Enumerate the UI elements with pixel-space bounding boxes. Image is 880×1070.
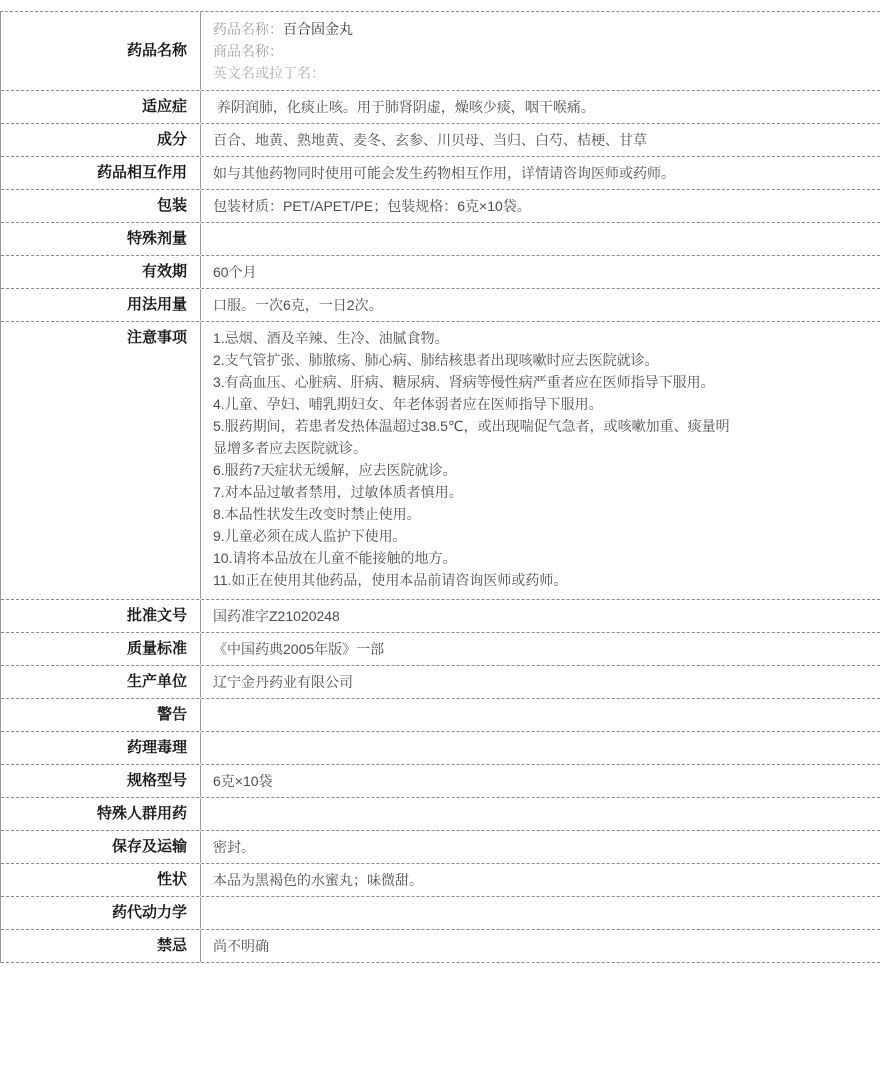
row-value-cell: 尚不明确 [201,930,880,962]
row-value-cell: 60个月 [201,256,880,288]
row-value-cell: 1.忌烟、酒及辛辣、生冷、油腻食物。 2.支气管扩张、肺脓疡、肺心病、肺结核患者… [201,322,880,599]
trade-name-prefix: 商品名称： [213,43,283,59]
row-label: 特殊剂量 [1,223,201,255]
row-label: 注意事项 [1,322,201,599]
table-row: 注意事项 1.忌烟、酒及辛辣、生冷、油腻食物。 2.支气管扩张、肺脓疡、肺心病、… [1,322,880,600]
row-value-cell: 《中国药典2005年版》一部 [201,633,880,665]
product-name-value: 百合固金丸 [283,21,353,37]
table-row: 禁忌 尚不明确 [1,930,880,963]
row-value: 尚不明确 [213,935,269,957]
table-row: 特殊人群用药 [1,798,880,831]
row-value-cell: 如与其他药物同时使用可能会发生药物相互作用，详情请咨询医师或药师。 [201,157,880,189]
row-label: 性状 [1,864,201,896]
row-value-cell: 百合、地黄、熟地黄、麦冬、玄参、川贝母、当归、白芍、桔梗、甘草 [201,124,880,156]
table-row: 保存及运输 密封。 [1,831,880,864]
row-value: 百合、地黄、熟地黄、麦冬、玄参、川贝母、当归、白芍、桔梗、甘草 [213,129,647,151]
table-row-drug-name: 药品名称 药品名称：百合固金丸 商品名称： 英文名或拉丁名： [1,12,880,91]
row-value-cell [201,897,880,929]
row-label: 保存及运输 [1,831,201,863]
row-label: 成分 [1,124,201,156]
table-row: 规格型号 6克×10袋 [1,765,880,798]
row-label: 特殊人群用药 [1,798,201,830]
row-value: 本品为黑褐色的水蜜丸；味微甜。 [213,869,423,891]
row-label: 警告 [1,699,201,731]
table-row: 有效期 60个月 [1,256,880,289]
row-value: 包装材质：PET/APET/PE；包装规格：6克×10袋。 [213,195,531,217]
row-label: 用法用量 [1,289,201,321]
table-row: 生产单位 辽宁金丹药业有限公司 [1,666,880,699]
row-label: 包装 [1,190,201,222]
table-row: 质量标准 《中国药典2005年版》一部 [1,633,880,666]
row-label: 药品相互作用 [1,157,201,189]
english-name-prefix: 英文名或拉丁名： [213,65,325,81]
table-row: 成分 百合、地黄、熟地黄、麦冬、玄参、川贝母、当归、白芍、桔梗、甘草 [1,124,880,157]
row-label: 药理毒理 [1,732,201,764]
row-label: 规格型号 [1,765,201,797]
row-label: 有效期 [1,256,201,288]
table-row: 药理毒理 [1,732,880,765]
table-row: 警告 [1,699,880,732]
row-label: 适应症 [1,91,201,123]
row-value-cell: 密封。 [201,831,880,863]
row-value-cell: 辽宁金丹药业有限公司 [201,666,880,698]
row-value-cell: 国药准字Z21020248 [201,600,880,632]
row-value-cell [201,223,880,255]
row-label: 禁忌 [1,930,201,962]
row-value: 辽宁金丹药业有限公司 [213,671,353,693]
row-value-cell: 包装材质：PET/APET/PE；包装规格：6克×10袋。 [201,190,880,222]
row-value: 60个月 [213,261,257,283]
table-row: 包装 包装材质：PET/APET/PE；包装规格：6克×10袋。 [1,190,880,223]
row-value-cell: 6克×10袋 [201,765,880,797]
row-value-cell: 口服。一次6克，一日2次。 [201,289,880,321]
row-value: 养阴润肺，化痰止咳。用于肺肾阴虚，燥咳少痰，咽干喉痛。 [213,96,595,118]
english-name-line: 英文名或拉丁名： [213,62,856,84]
product-name-line: 药品名称：百合固金丸 [213,18,856,40]
table-row: 用法用量 口服。一次6克，一日2次。 [1,289,880,322]
row-value: 口服。一次6克，一日2次。 [213,294,383,316]
row-value: 国药准字Z21020248 [213,605,340,627]
row-value: 6克×10袋 [213,770,273,792]
trade-name-line: 商品名称： [213,40,856,62]
row-value-cell: 养阴润肺，化痰止咳。用于肺肾阴虚，燥咳少痰，咽干喉痛。 [201,91,880,123]
table-row: 适应症 养阴润肺，化痰止咳。用于肺肾阴虚，燥咳少痰，咽干喉痛。 [1,91,880,124]
row-value-cell [201,798,880,830]
row-value-cell: 本品为黑褐色的水蜜丸；味微甜。 [201,864,880,896]
row-value-cell [201,699,880,731]
product-name-prefix: 药品名称： [213,21,283,37]
row-value-cell [201,732,880,764]
row-label: 质量标准 [1,633,201,665]
table-row: 药品相互作用 如与其他药物同时使用可能会发生药物相互作用，详情请咨询医师或药师。 [1,157,880,190]
table-row: 特殊剂量 [1,223,880,256]
table-row: 批准文号 国药准字Z21020248 [1,600,880,633]
drug-info-table: 药品名称 药品名称：百合固金丸 商品名称： 英文名或拉丁名： 适应症 养阴润肺，… [0,11,880,963]
row-label: 药代动力学 [1,897,201,929]
table-row: 药代动力学 [1,897,880,930]
drug-name-block: 药品名称：百合固金丸 商品名称： 英文名或拉丁名： [201,12,880,90]
table-row: 性状 本品为黑褐色的水蜜丸；味微甜。 [1,864,880,897]
row-label: 生产单位 [1,666,201,698]
row-label: 批准文号 [1,600,201,632]
row-value: 如与其他药物同时使用可能会发生药物相互作用，详情请咨询医师或药师。 [213,162,675,184]
row-value: 《中国药典2005年版》一部 [213,638,384,660]
row-label: 药品名称 [1,12,201,90]
row-value: 密封。 [213,836,255,858]
row-value: 1.忌烟、酒及辛辣、生冷、油腻食物。 2.支气管扩张、肺脓疡、肺心病、肺结核患者… [213,327,730,591]
